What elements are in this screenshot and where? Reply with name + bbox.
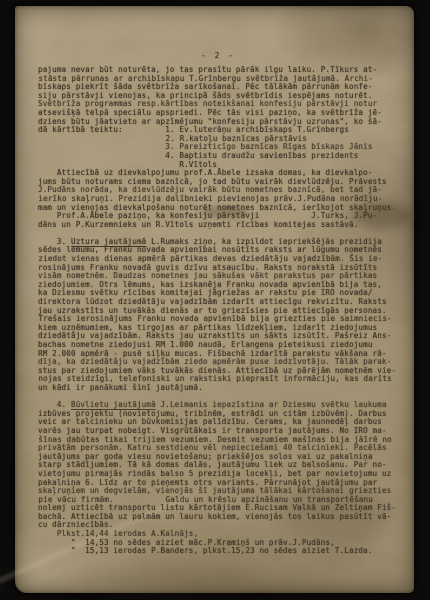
text-line: visām nometnēm. Daudzas nometnes jau sāk… <box>38 272 412 281</box>
text-line: stāsta pārrunas ar archibīskapu T.Grīnbe… <box>38 75 412 84</box>
text-line: pie vācu firmām. Galdu un krēslu apzināš… <box>38 496 412 505</box>
text-line: un kādi ir panākumi šinī jautājumā. <box>38 384 412 393</box>
text-line: privātām personām. Katru sestdienu vēl n… <box>38 444 412 453</box>
text-line: dāns un P.Kurzemnieks un R.Vītols uzņemt… <box>38 221 412 230</box>
text-line: Svētbrīža programmas resp.kārtības notei… <box>38 100 412 109</box>
text-line: Plkst.14,44 ierodas A.Kalnājs, <box>38 530 412 539</box>
text-line: nojas steidzīgi, telefoniski un rakstisk… <box>38 375 412 384</box>
text-line: Trešais ierosinājums Franku novada apvie… <box>38 315 412 324</box>
text-line: ierīko skaļruņi. Prezidija dalībnieki pi… <box>38 195 412 204</box>
page-text: pajuma nevar būt noturēta, jo tas prasīt… <box>38 66 412 556</box>
underlined-heading: Būvlietu jautājumā <box>71 400 156 409</box>
text-line <box>38 229 412 238</box>
text-line: " 15,13 ierodas P.Banders, plkst.15,23 n… <box>38 547 412 556</box>
text-line: ziedot vienas dienas apmērā pārtikas dev… <box>38 255 412 264</box>
text-line: 4. Būvlietu jautājumā J.Leimanis iepazīs… <box>38 401 412 410</box>
text-line: dīja, ka dziedātāju vajadzībām ziedo apm… <box>38 358 412 367</box>
scan-backdrop: - 2 - pajuma nevar būt noturēta, jo tas … <box>0 0 430 600</box>
scanned-page: - 2 - pajuma nevar būt noturēta, jo tas … <box>15 6 414 593</box>
text-line: 3. Pareizticīgo baznīcas Rīgas bīskaps J… <box>38 143 412 152</box>
paper-stain <box>75 566 255 590</box>
page-number: - 2 - <box>38 51 398 60</box>
